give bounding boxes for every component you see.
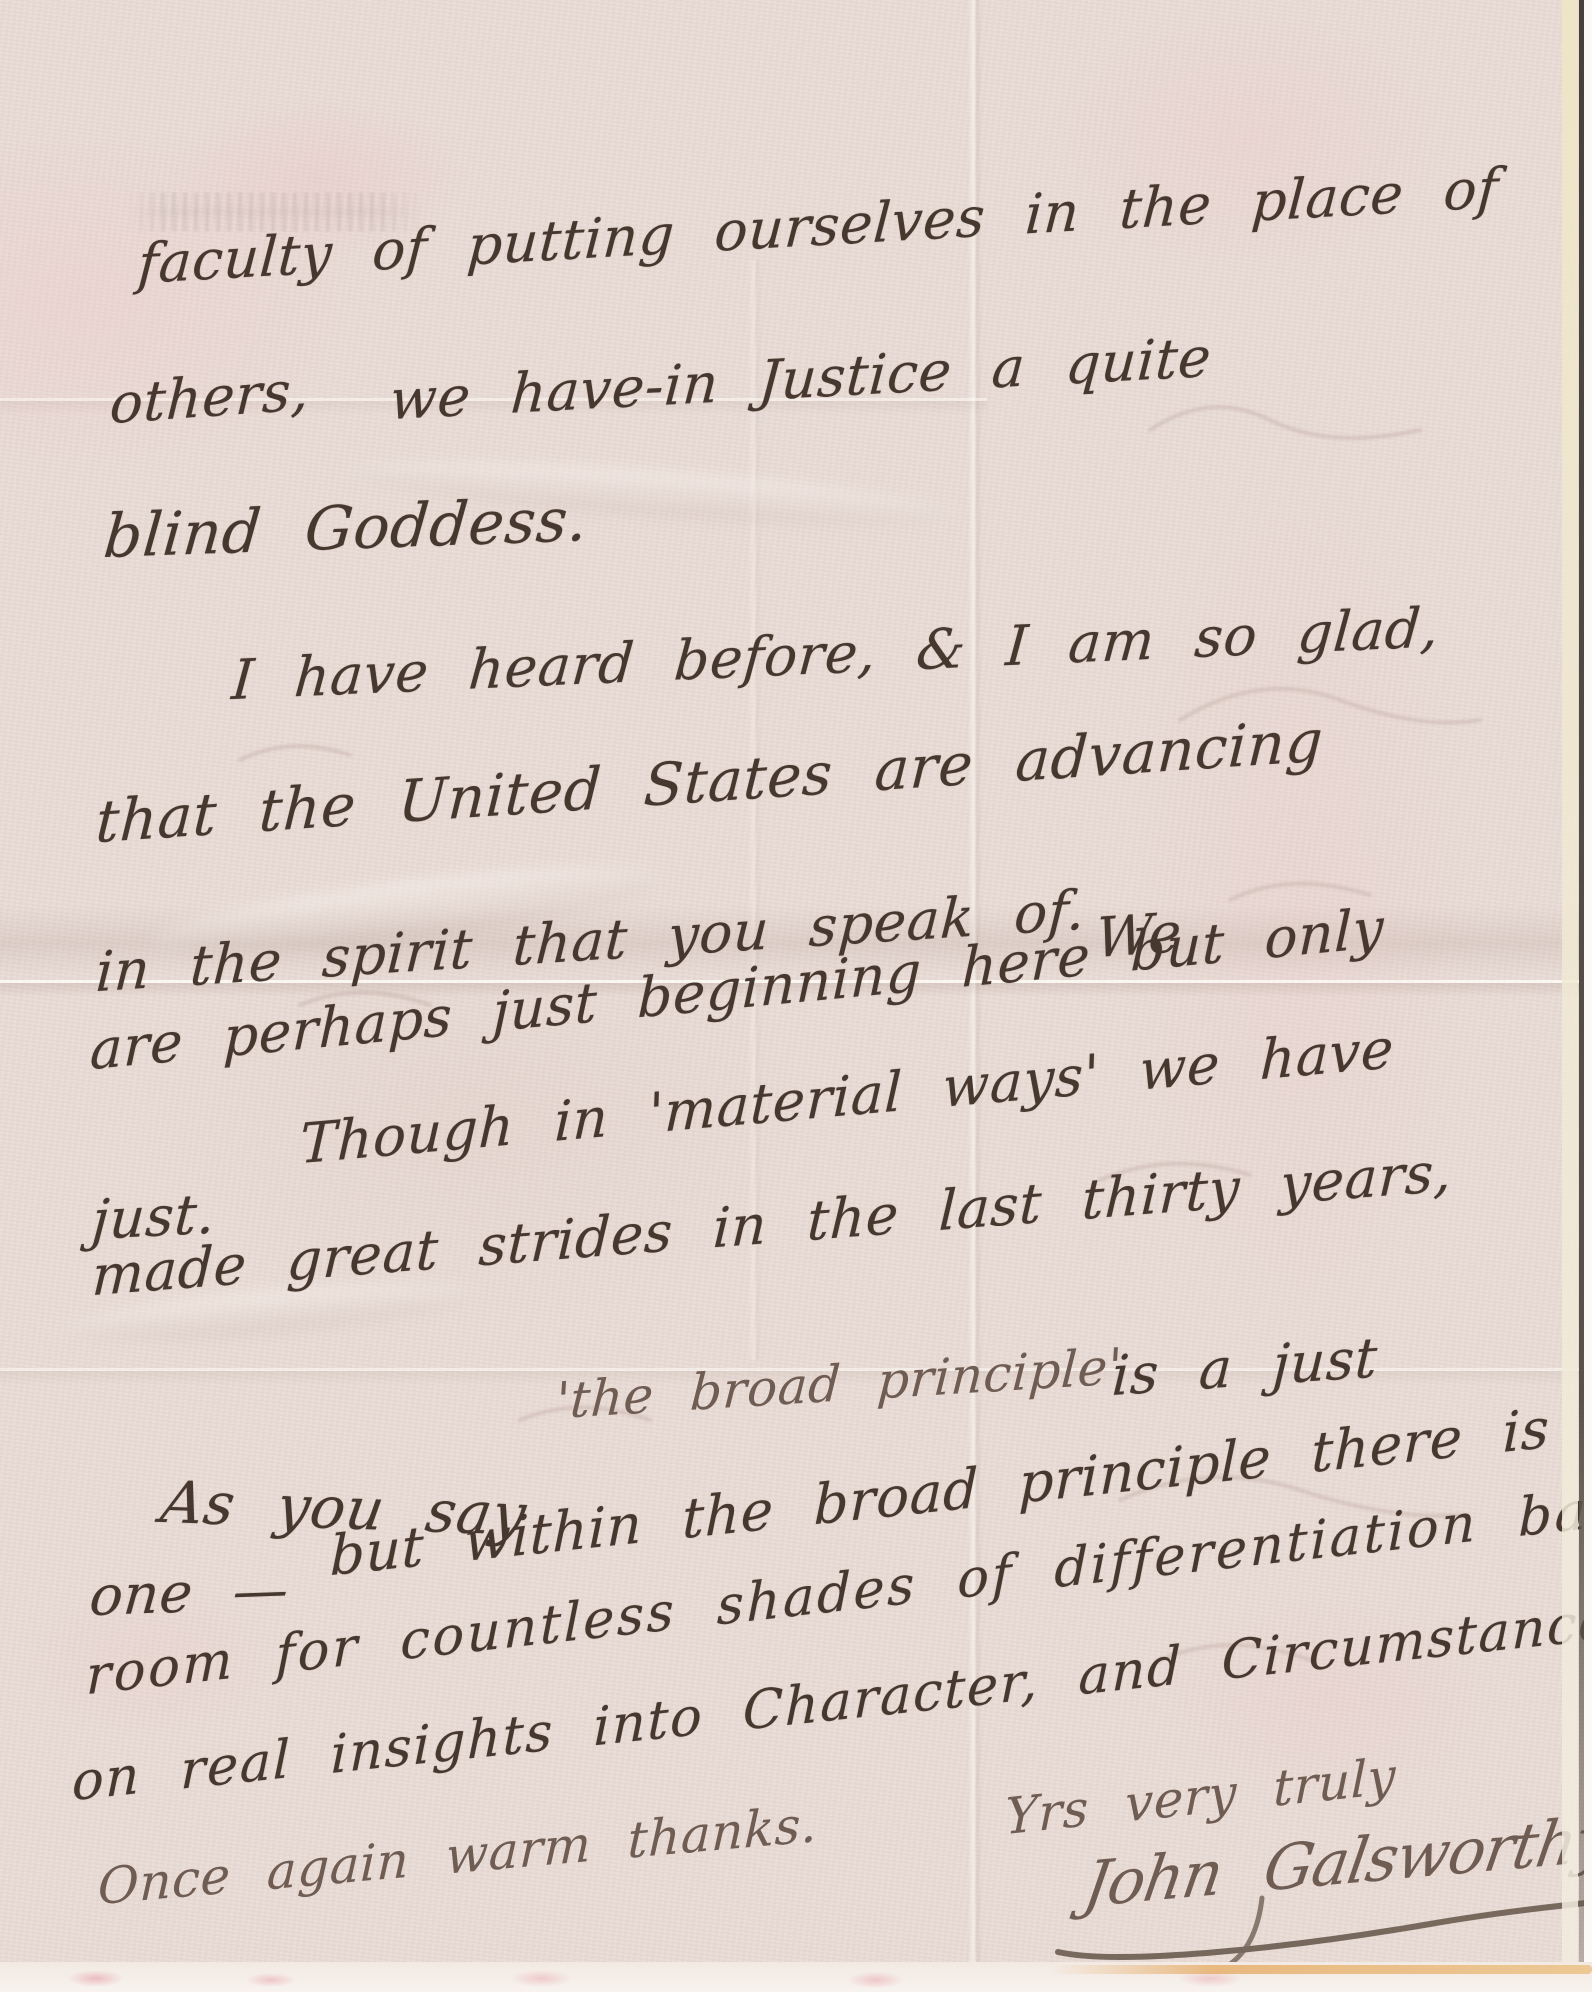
letter-sheet: faculty of putting ourselves in the plac… — [0, 0, 1592, 1992]
letter-line: one — — [87, 1557, 291, 1628]
letter-line: made great strides in the last thirty ye… — [91, 1139, 1454, 1308]
letter-line: that the United States are advancing — [94, 706, 1325, 856]
inserted-phrase: 'the broad principle' — [554, 1337, 1124, 1430]
scan-edge-cream-strip — [1562, 0, 1578, 1992]
letter-line: is a just — [1110, 1325, 1379, 1408]
scan-edge-orange-streak — [1051, 1965, 1592, 1974]
closing-thanks: Once again warm thanks. — [97, 1795, 818, 1916]
letter-line: faculty of putting ourselves in the plac… — [136, 156, 1501, 296]
letter-line: others, — [108, 358, 311, 436]
letter-line: we have-in Justice a quite — [388, 325, 1214, 432]
letter-line: blind Goddess. — [101, 485, 591, 572]
letter-line: I have heard before, & I am so glad, — [229, 595, 1441, 712]
scan-edge-white — [1584, 0, 1592, 1992]
